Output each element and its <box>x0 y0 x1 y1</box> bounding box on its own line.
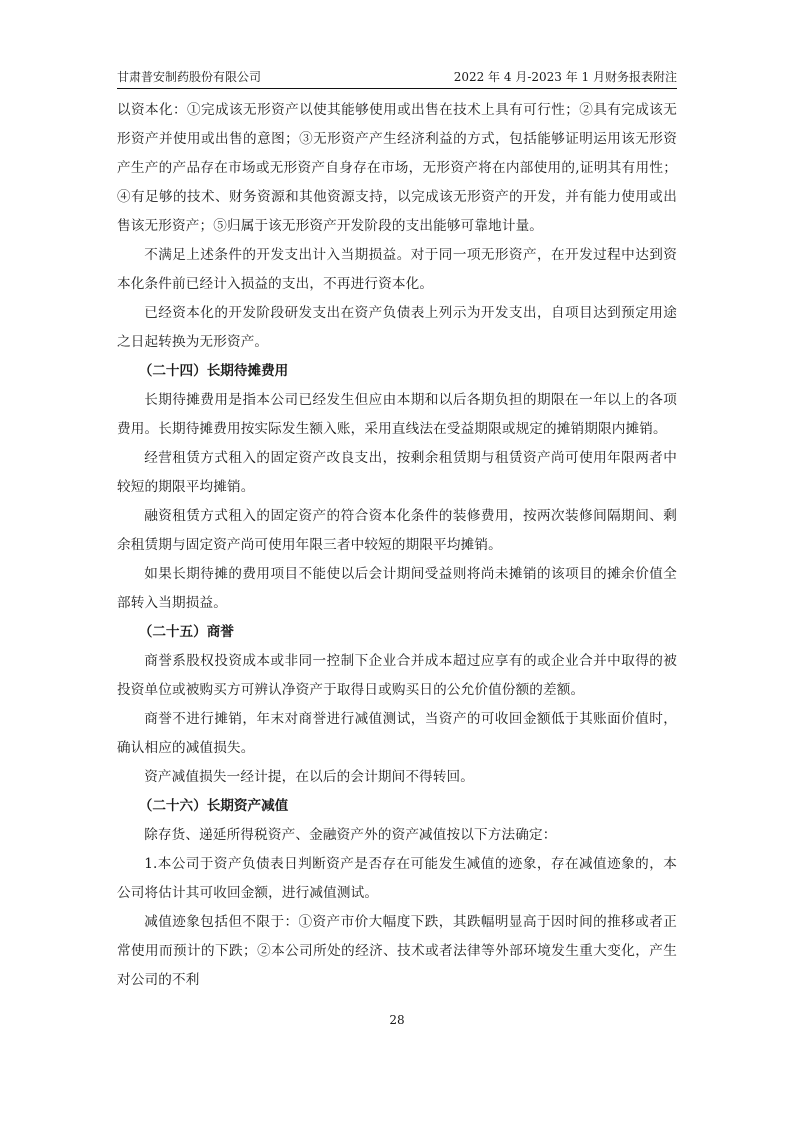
paragraph-finance-lease: 融资租赁方式租入的固定资产的符合资本化条件的装修费用，按两次装修间隔期间、剩余租… <box>117 502 677 560</box>
company-name: 甘肃普安制药股份有限公司 <box>117 68 261 86</box>
paragraph-deferred-expenses: 长期待摊费用是指本公司已经发生但应由本期和以后各期负担的期限在一年以上的各项费用… <box>117 386 677 444</box>
document-body: 以资本化：①完成该无形资产以使其能够使用或出售在技术上具有可行性；②具有完成该无… <box>117 96 677 995</box>
paragraph-impairment-test: 1.本公司于资产负债表日判断资产是否存在可能发生减值的迹象，存在减值迹象的，本公… <box>117 850 677 908</box>
section-heading-26: （二十六）长期资产减值 <box>117 792 677 821</box>
paragraph-non-capitalized: 不满足上述条件的开发支出计入当期损益。对于同一项无形资产，在开发过程中达到资本化… <box>117 241 677 299</box>
page-header: 甘肃普安制药股份有限公司 2022 年 4 月-2023 年 1 月财务报表附注 <box>117 68 677 89</box>
paragraph-operating-lease: 经营租赁方式租入的固定资产改良支出，按剩余租赁期与租赁资产尚可使用年限两者中较短… <box>117 444 677 502</box>
paragraph-write-off: 如果长期待摊的费用项目不能使以后会计期间受益则将尚未摊销的该项目的摊余价值全部转… <box>117 560 677 618</box>
paragraph-no-reversal: 资产减值损失一经计提，在以后的会计期间不得转回。 <box>117 763 677 792</box>
section-heading-25: （二十五）商誉 <box>117 618 677 647</box>
report-title: 2022 年 4 月-2023 年 1 月财务报表附注 <box>454 68 677 86</box>
paragraph-impairment-scope: 除存货、递延所得税资产、金融资产外的资产减值按以下方法确定： <box>117 821 677 850</box>
section-heading-24: （二十四）长期待摊费用 <box>117 357 677 386</box>
paragraph-impairment-indicators: 减值迹象包括但不限于：①资产市价大幅度下跌，其跌幅明显高于因时间的推移或者正常使… <box>117 908 677 995</box>
paragraph-capitalization-conditions: 以资本化：①完成该无形资产以使其能够使用或出售在技术上具有可行性；②具有完成该无… <box>117 96 677 241</box>
paragraph-goodwill-impairment: 商誉不进行摊销，年末对商誉进行减值测试，当资产的可收回金额低于其账面价值时，确认… <box>117 705 677 763</box>
page-number: 28 <box>117 1013 677 1027</box>
paragraph-development-expenditure: 已经资本化的开发阶段研发支出在资产负债表上列示为开发支出，自项目达到预定用途之日… <box>117 299 677 357</box>
paragraph-goodwill-definition: 商誉系股权投资成本或非同一控制下企业合并成本超过应享有的或企业合并中取得的被投资… <box>117 647 677 705</box>
